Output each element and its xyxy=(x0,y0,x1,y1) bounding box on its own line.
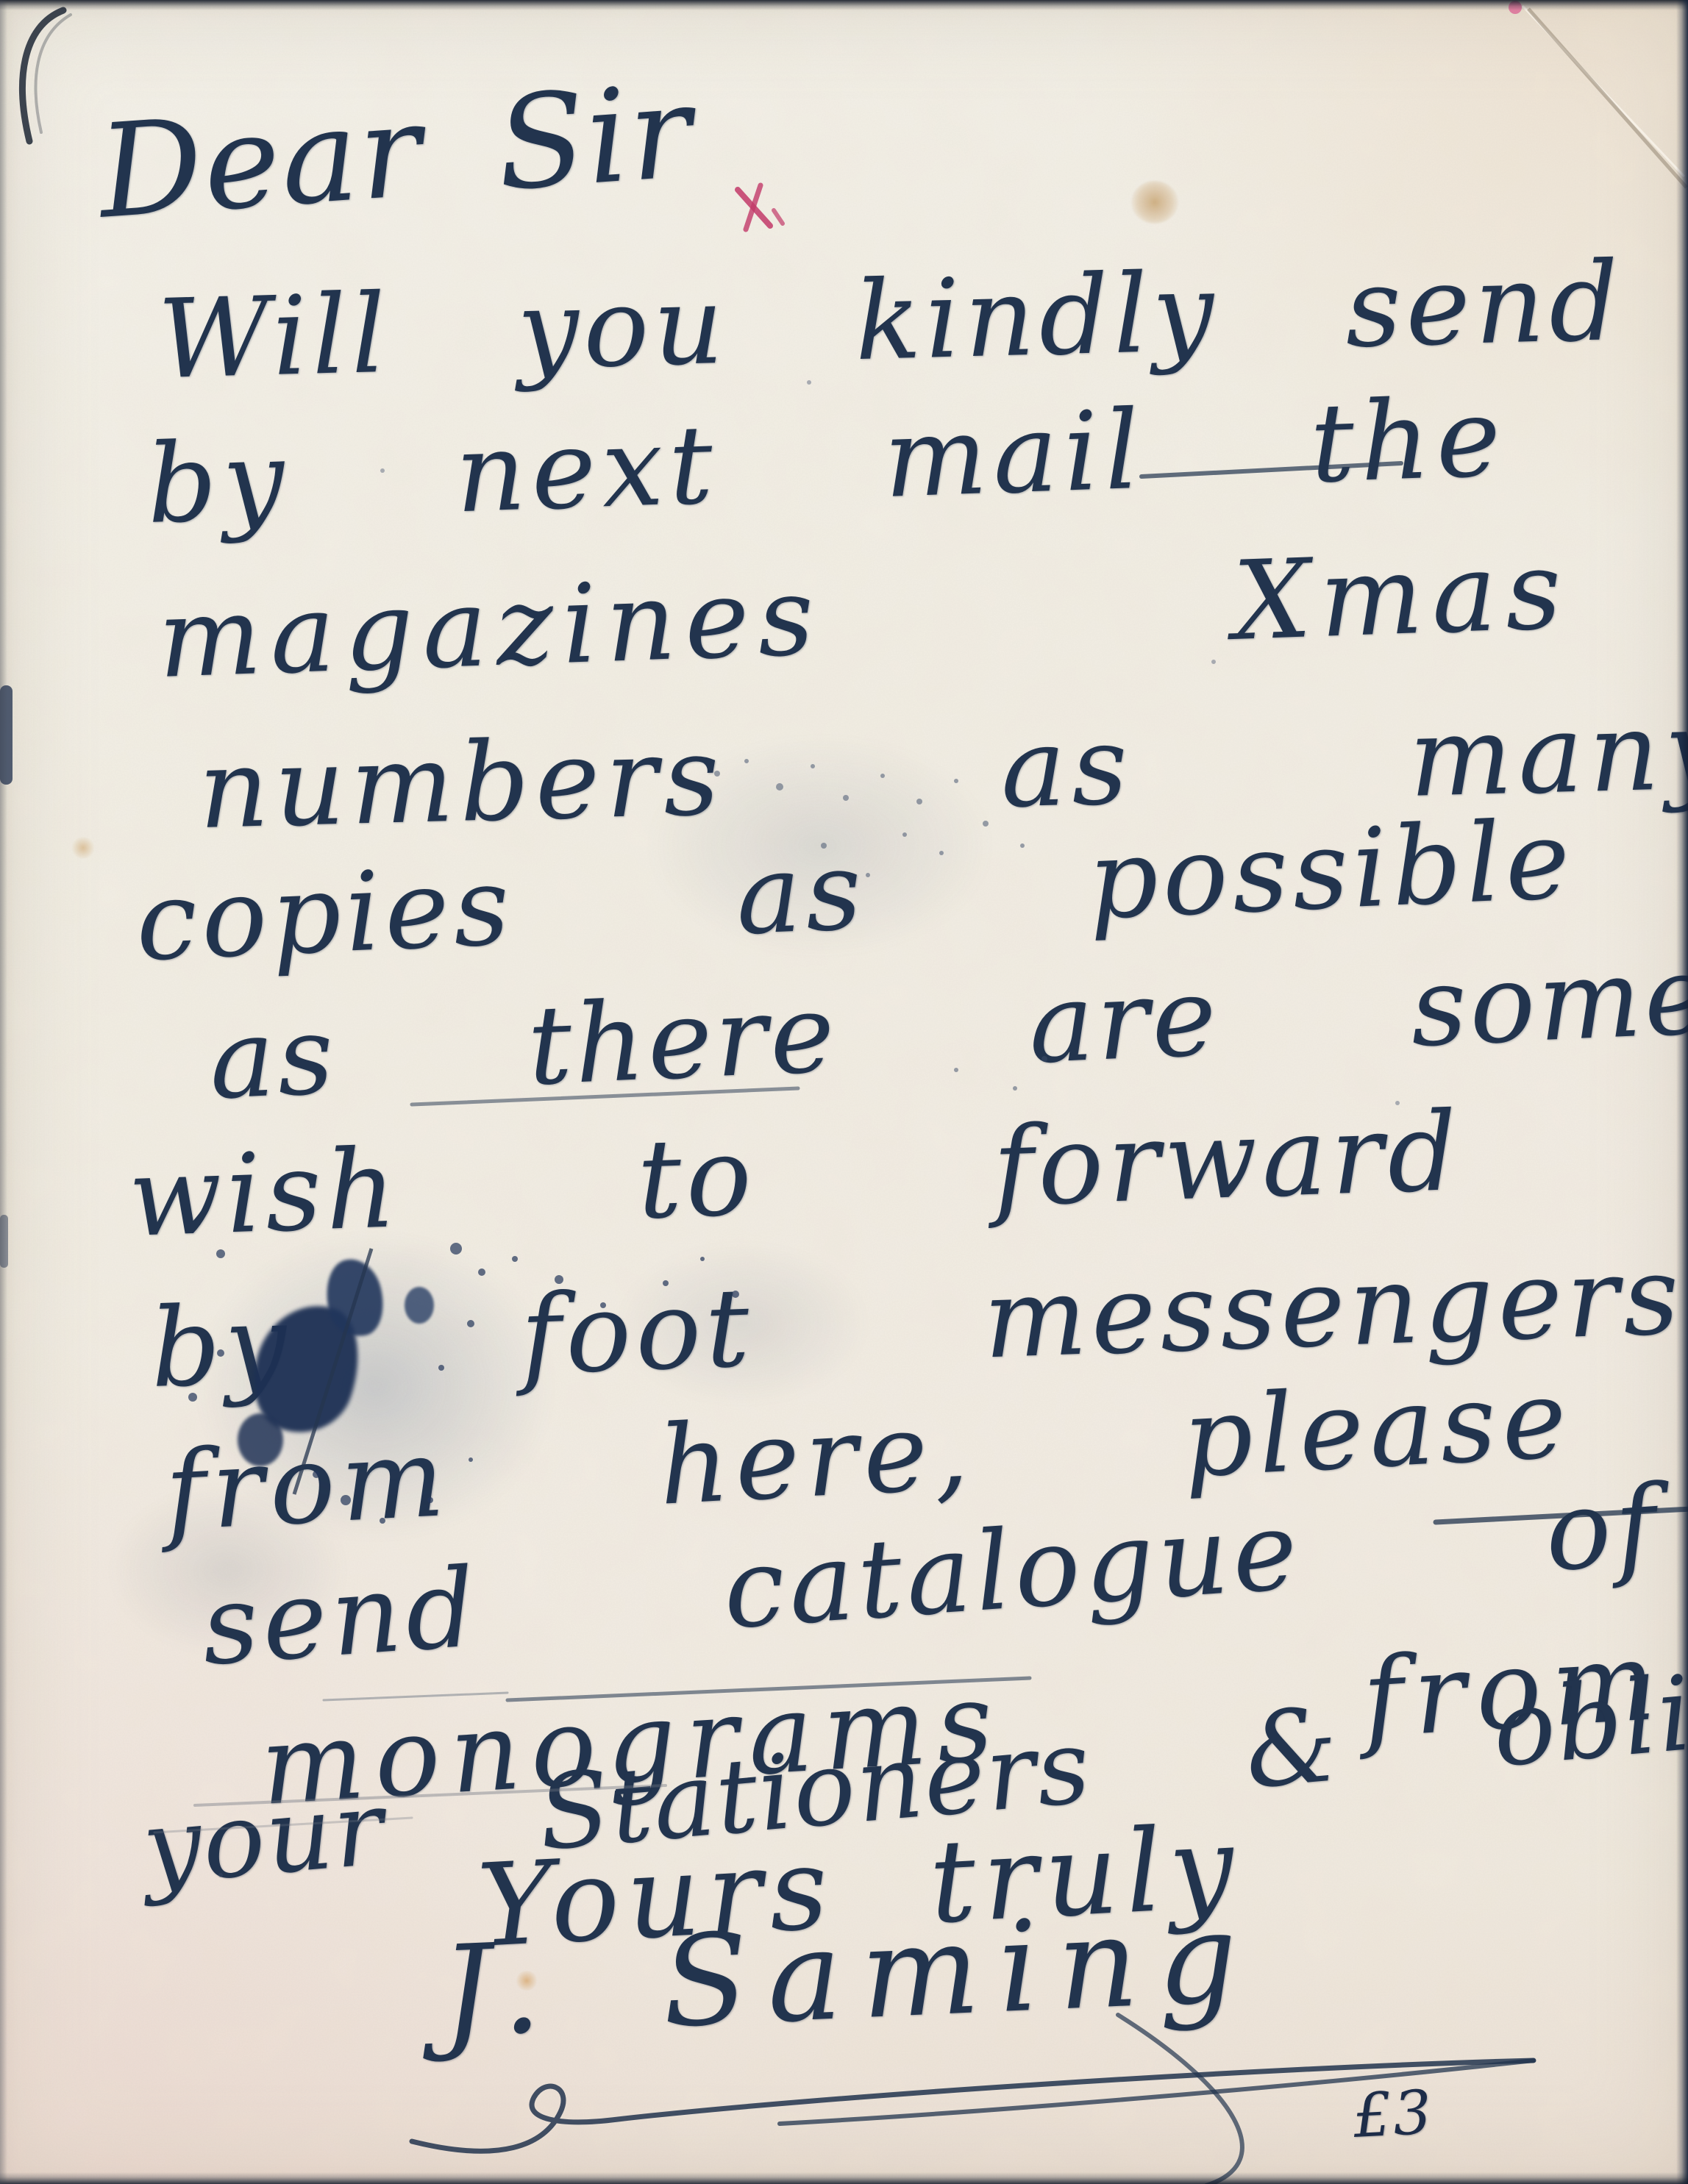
red-ink-mark xyxy=(738,185,783,229)
price-note: £3 xyxy=(1352,2083,1434,2147)
corner-crease xyxy=(1523,6,1687,188)
signature: J. Saming xyxy=(438,1895,1258,2055)
bottom-edge-shadow xyxy=(0,2172,1688,2184)
body-line-2: by next mail the xyxy=(145,383,1508,539)
letter-card: Dear Sir Will you kindly send by next ma… xyxy=(0,0,1688,2184)
top-edge-shadow xyxy=(0,0,1688,10)
salutation-line: Dear Sir xyxy=(95,68,697,238)
corner-curl-mark xyxy=(23,10,71,141)
edge-tick-marks xyxy=(0,685,13,1268)
brown-stain xyxy=(1131,181,1178,224)
body-line-3: magazines Xmas xyxy=(156,535,1572,693)
left-edge-shadow xyxy=(0,0,7,2184)
brown-fleck xyxy=(71,837,96,859)
body-line-1: Will you kindly send xyxy=(157,247,1625,394)
pink-edge-dot xyxy=(1509,1,1522,14)
